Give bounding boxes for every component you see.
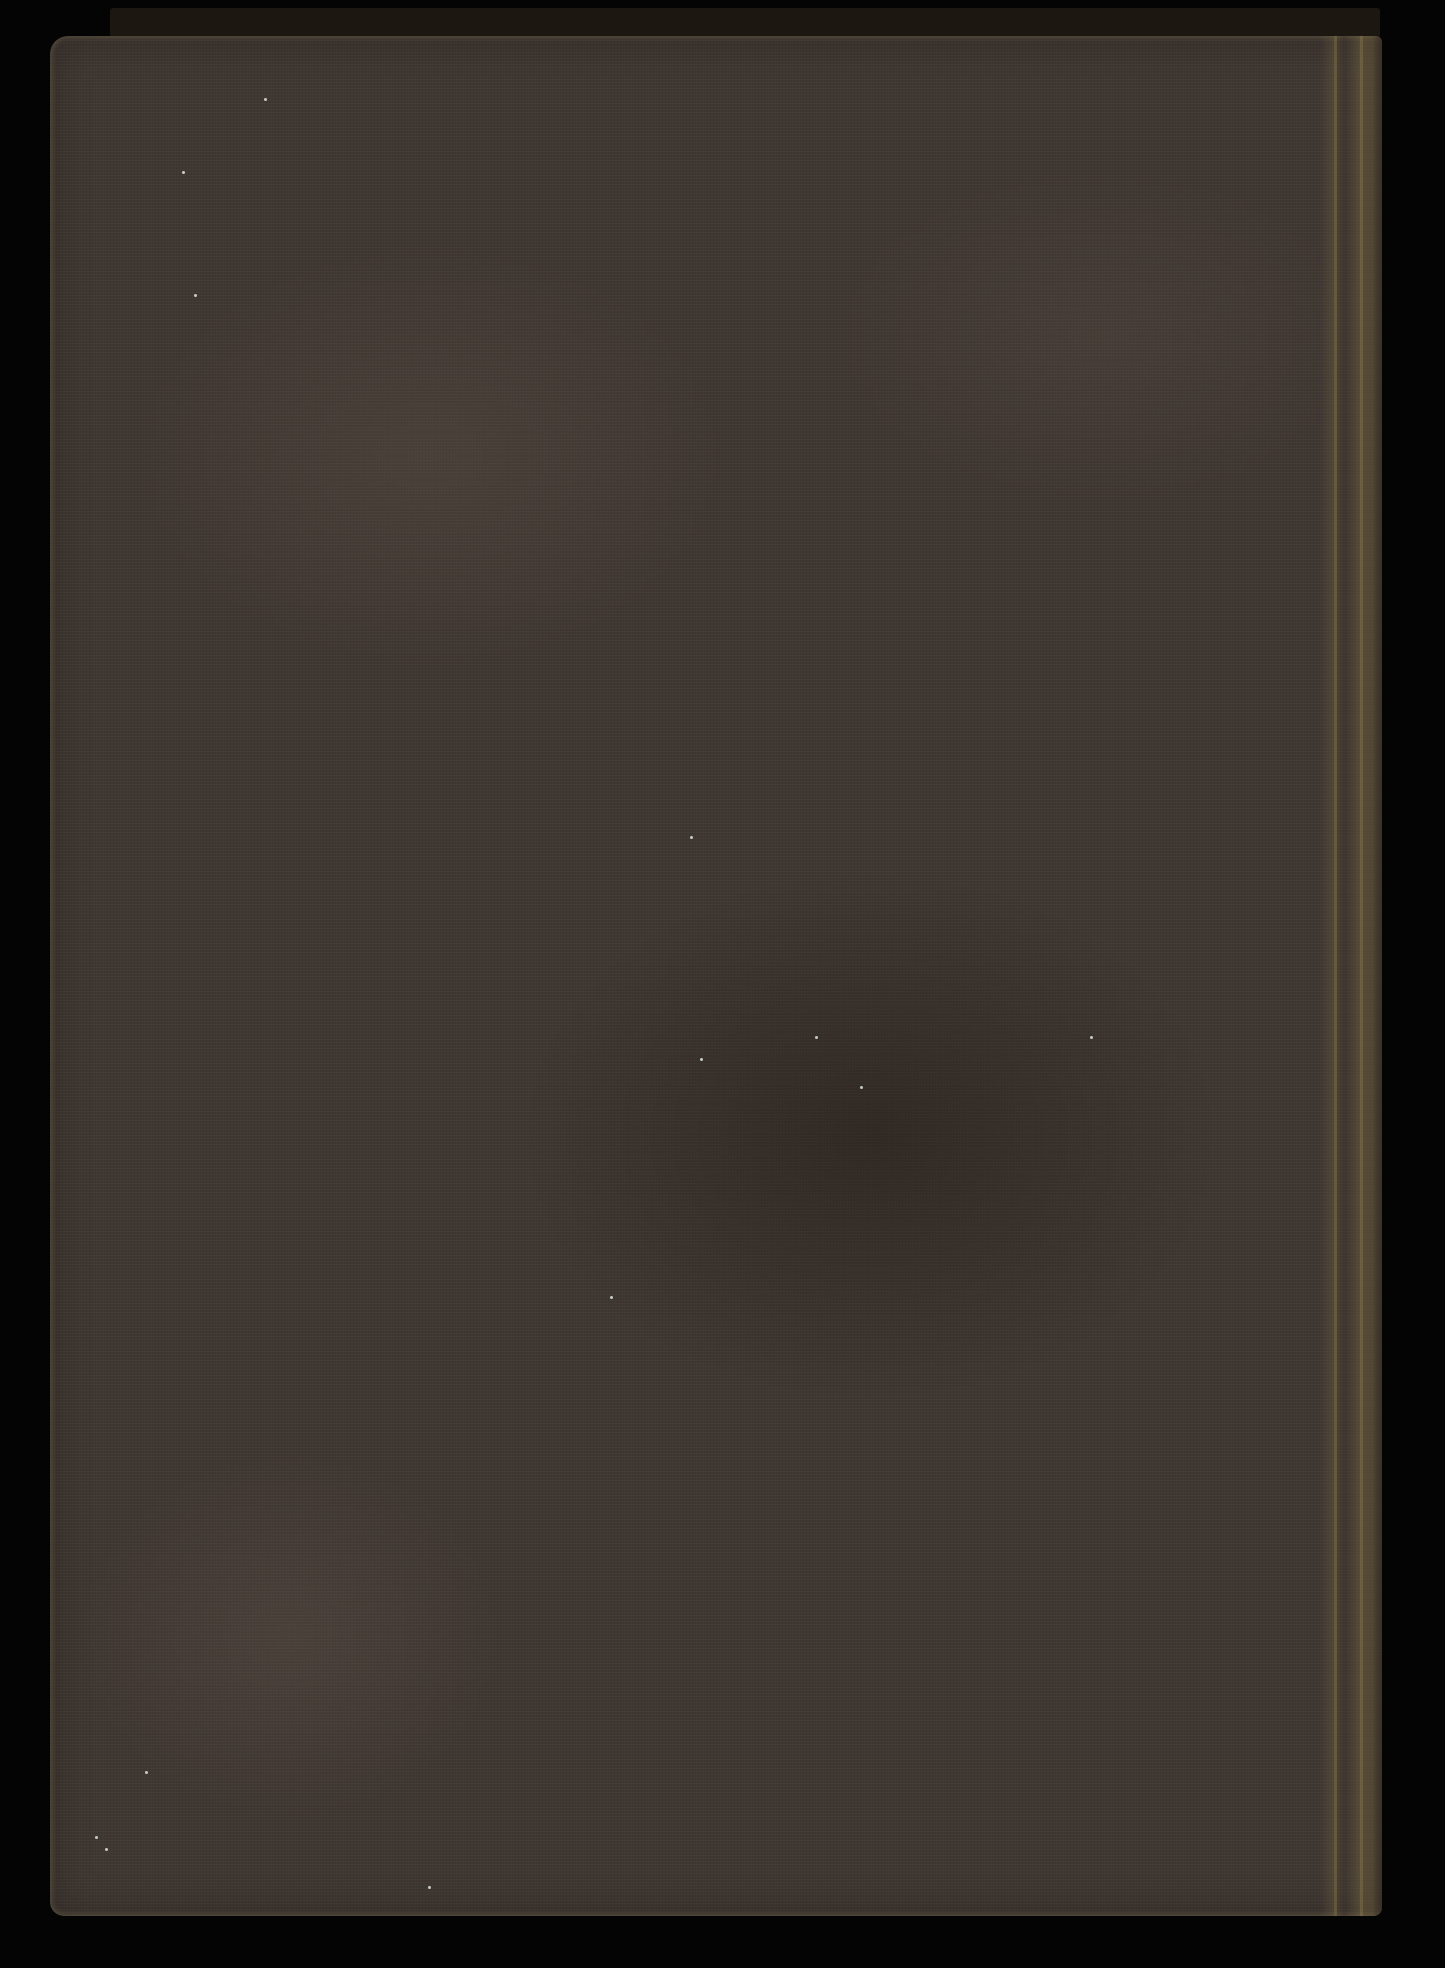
dust-speck xyxy=(860,1086,863,1089)
back-board-edge xyxy=(110,8,1380,38)
dust-speck xyxy=(428,1886,431,1889)
dust-speck xyxy=(1090,1036,1093,1039)
dust-speck xyxy=(145,1771,148,1774)
dust-speck xyxy=(700,1058,703,1061)
dust-speck xyxy=(264,98,267,101)
dust-speck xyxy=(182,171,185,174)
dust-speck xyxy=(610,1296,613,1299)
dust-speck xyxy=(95,1836,98,1839)
spine-crease xyxy=(1334,36,1337,1916)
book-cover xyxy=(50,36,1382,1916)
dust-speck xyxy=(194,294,197,297)
spine-crease xyxy=(1360,36,1363,1916)
dust-speck xyxy=(690,836,693,839)
spine-edge xyxy=(1320,36,1382,1916)
dust-speck xyxy=(815,1036,818,1039)
dust-speck xyxy=(105,1848,108,1851)
